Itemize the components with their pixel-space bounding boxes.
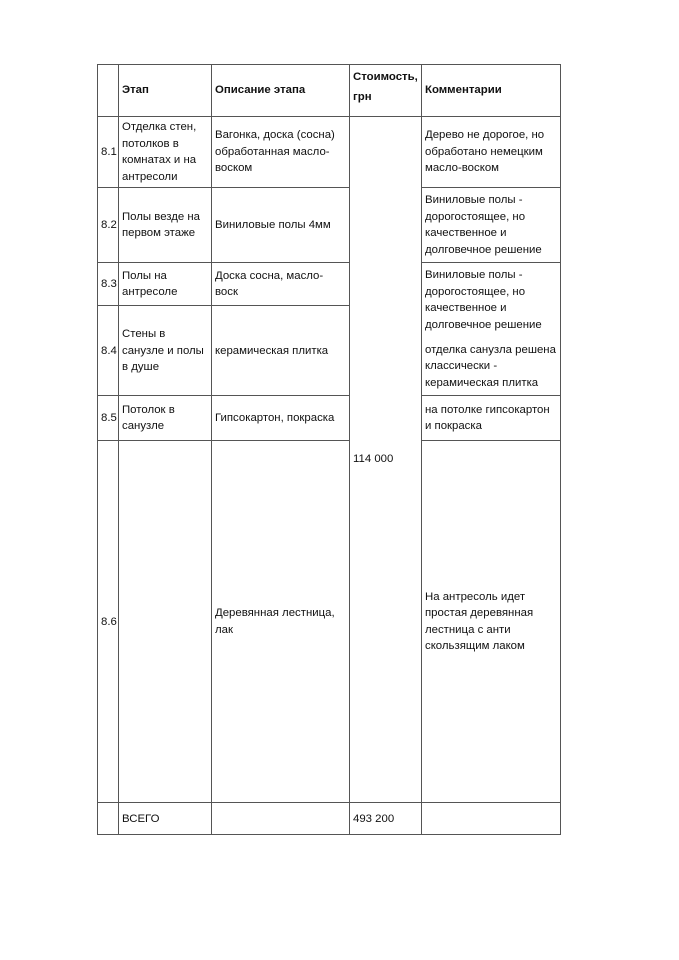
row-description: Вагонка, доска (сосна) обработанная масл…	[212, 117, 350, 188]
row-description: Виниловые полы 4мм	[212, 188, 350, 263]
row-comment: на потолке гипсокартон и покраска	[422, 396, 561, 441]
total-label: ВСЕГО	[119, 803, 212, 835]
table-header-row: Этап Описание этапа Стоимость, грн Комме…	[98, 65, 561, 117]
table-row: 8.1 Отделка стен, потолков в комнатах и …	[98, 117, 561, 188]
table-row: 8.6 Деревянная лестница, лак На антресол…	[98, 441, 561, 803]
cost-table: Этап Описание этапа Стоимость, грн Комме…	[97, 64, 561, 835]
row-stage: Полы на антресоле	[119, 263, 212, 306]
header-cost: Стоимость, грн	[350, 65, 422, 117]
total-description	[212, 803, 350, 835]
comment-8-3: Виниловые полы - дорогостоящее, но качес…	[425, 267, 557, 333]
table-row: 8.3 Полы на антресоле Доска сосна, масло…	[98, 263, 561, 306]
total-row: ВСЕГО 493 200	[98, 803, 561, 835]
row-number: 8.2	[98, 188, 119, 263]
row-number: 8.3	[98, 263, 119, 306]
row-stage	[119, 441, 212, 803]
merged-cost-cell: 114 000	[350, 117, 422, 803]
row-number: 8.4	[98, 306, 119, 396]
row-stage: Полы везде на первом этаже	[119, 188, 212, 263]
row-stage: Стены в санузле и полы в душе	[119, 306, 212, 396]
row-comment: Виниловые полы - дорогостоящее, но качес…	[422, 188, 561, 263]
header-comments: Комментарии	[422, 65, 561, 117]
total-num	[98, 803, 119, 835]
row-description: керамическая плитка	[212, 306, 350, 396]
comment-8-4: отделка санузла решена классически - кер…	[425, 342, 557, 392]
header-num	[98, 65, 119, 117]
total-comment	[422, 803, 561, 835]
row-number: 8.5	[98, 396, 119, 441]
row-number: 8.6	[98, 441, 119, 803]
row-description: Деревянная лестница, лак	[212, 441, 350, 803]
header-stage: Этап	[119, 65, 212, 117]
merged-comment-cell: Виниловые полы - дорогостоящее, но качес…	[422, 263, 561, 396]
row-number: 8.1	[98, 117, 119, 188]
header-description: Описание этапа	[212, 65, 350, 117]
total-cost: 493 200	[350, 803, 422, 835]
row-comment: На антресоль идет простая деревянная лес…	[422, 441, 561, 803]
row-description: Доска сосна, масло-воск	[212, 263, 350, 306]
row-stage: Отделка стен, потолков в комнатах и на а…	[119, 117, 212, 188]
row-description: Гипсокартон, покраска	[212, 396, 350, 441]
table-row: 8.5 Потолок в санузле Гипсокартон, покра…	[98, 396, 561, 441]
row-stage: Потолок в санузле	[119, 396, 212, 441]
table-row: 8.2 Полы везде на первом этаже Виниловые…	[98, 188, 561, 263]
row-comment: Дерево не дорогое, но обработано немецки…	[422, 117, 561, 188]
